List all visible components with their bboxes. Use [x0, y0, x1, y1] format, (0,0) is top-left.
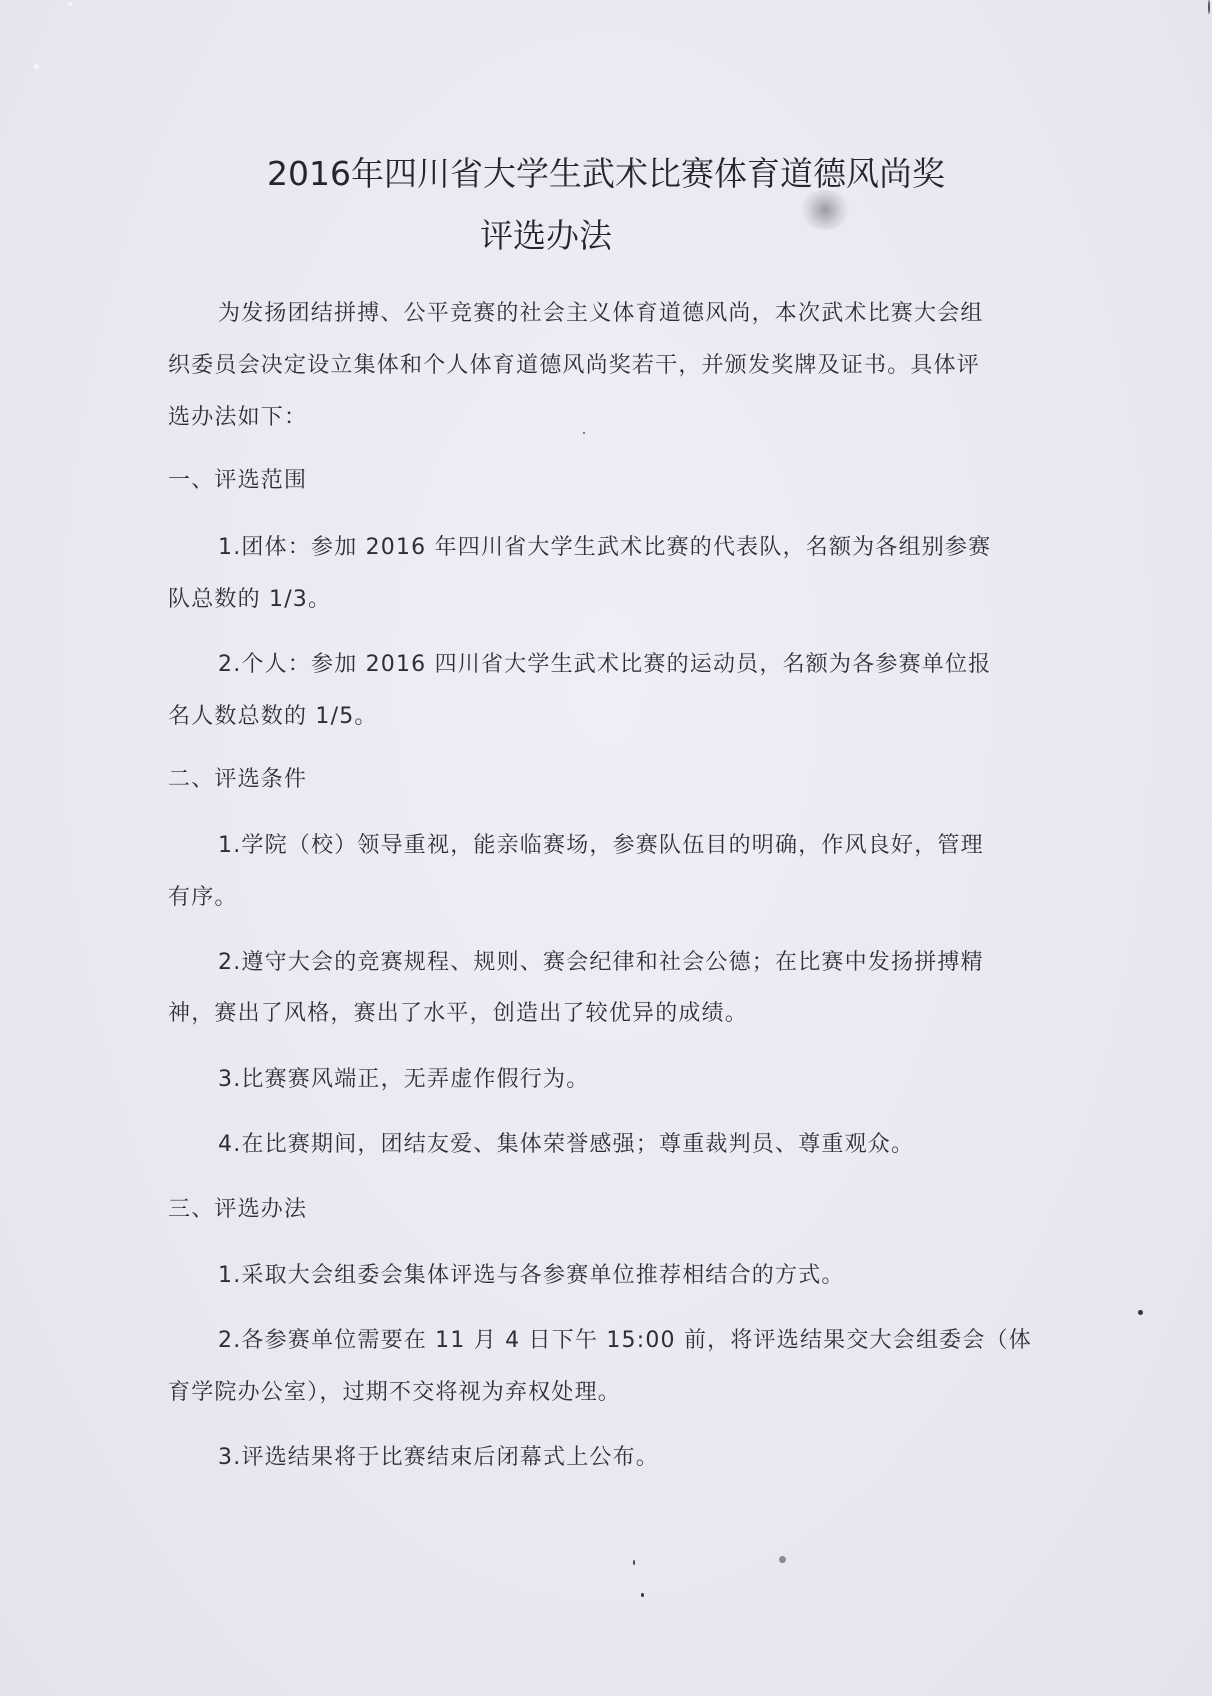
scanned-document-page: 2016年四川省大学生武术比赛体育道德风尚奖 评选办法 为发扬团结拼搏、公平竞赛…: [0, 0, 1212, 1696]
section-heading-method: 三、评选办法: [168, 1192, 307, 1223]
scan-speck: [641, 1593, 644, 1597]
intro-paragraph-line-2: 织委员会决定设立集体和个人体育道德风尚奖若干，并颁发奖牌及证书。具体评: [168, 348, 980, 379]
intro-paragraph-line-1: 为发扬团结拼搏、公平竞赛的社会主义体育道德风尚，本次武术比赛大会组: [218, 296, 984, 327]
scan-speck: [1138, 1310, 1143, 1315]
intro-paragraph-line-3: 选办法如下：: [168, 400, 307, 431]
section-heading-criteria: 二、评选条件: [168, 762, 307, 793]
scan-speck: [633, 1560, 635, 1565]
section-2-item-2-line-1: 2.遵守大会的竞赛规程、规则、赛会纪律和社会公德；在比赛中发扬拼搏精: [218, 945, 984, 976]
section-2-item-3: 3.比赛赛风端正，无弄虚作假行为。: [218, 1062, 589, 1093]
section-1-item-1-line-2: 队总数的 1/3。: [168, 582, 331, 613]
section-2-item-4: 4.在比赛期间，团结友爱、集体荣誉感强；尊重裁判员、尊重观众。: [218, 1127, 914, 1158]
section-3-item-2-line-2: 育学院办公室），过期不交将视为弃权处理。: [168, 1375, 621, 1406]
section-3-item-2-line-1: 2.各参赛单位需要在 11 月 4 日下午 15:00 前，将评选结果交大会组委…: [218, 1323, 1032, 1354]
section-1-item-2-line-1: 2.个人：参加 2016 四川省大学生武术比赛的运动员，名额为各参赛单位报: [218, 647, 991, 678]
section-3-item-1: 1.采取大会组委会集体评选与各参赛单位推荐相结合的方式。: [218, 1258, 845, 1289]
scan-speck: [779, 1556, 786, 1563]
section-2-item-2-line-2: 神，赛出了风格，赛出了水平，创造出了较优异的成绩。: [168, 996, 748, 1027]
document-title-line-2: 评选办法: [0, 210, 1152, 257]
section-2-item-1-line-1: 1.学院（校）领导重视，能亲临赛场，参赛队伍目的明确，作风良好，管理: [218, 828, 984, 859]
document-title-line-1: 2016年四川省大学生武术比赛体育道德风尚奖: [0, 148, 1212, 195]
scan-speck: [1208, 0, 1210, 14]
section-1-item-1-line-1: 1.团体：参加 2016 年四川省大学生武术比赛的代表队，名额为各组别参赛: [218, 530, 991, 561]
section-3-item-3: 3.评选结果将于比赛结束后闭幕式上公布。: [218, 1440, 659, 1471]
section-1-item-2-line-2: 名人数总数的 1/5。: [168, 699, 378, 730]
scan-speck: [34, 64, 39, 69]
scan-smudge: [800, 190, 850, 230]
scan-speck: [583, 432, 585, 434]
section-heading-scope: 一、评选范围: [168, 463, 307, 494]
scan-speck: [68, 2, 73, 6]
section-2-item-1-line-2: 有序。: [168, 880, 238, 911]
